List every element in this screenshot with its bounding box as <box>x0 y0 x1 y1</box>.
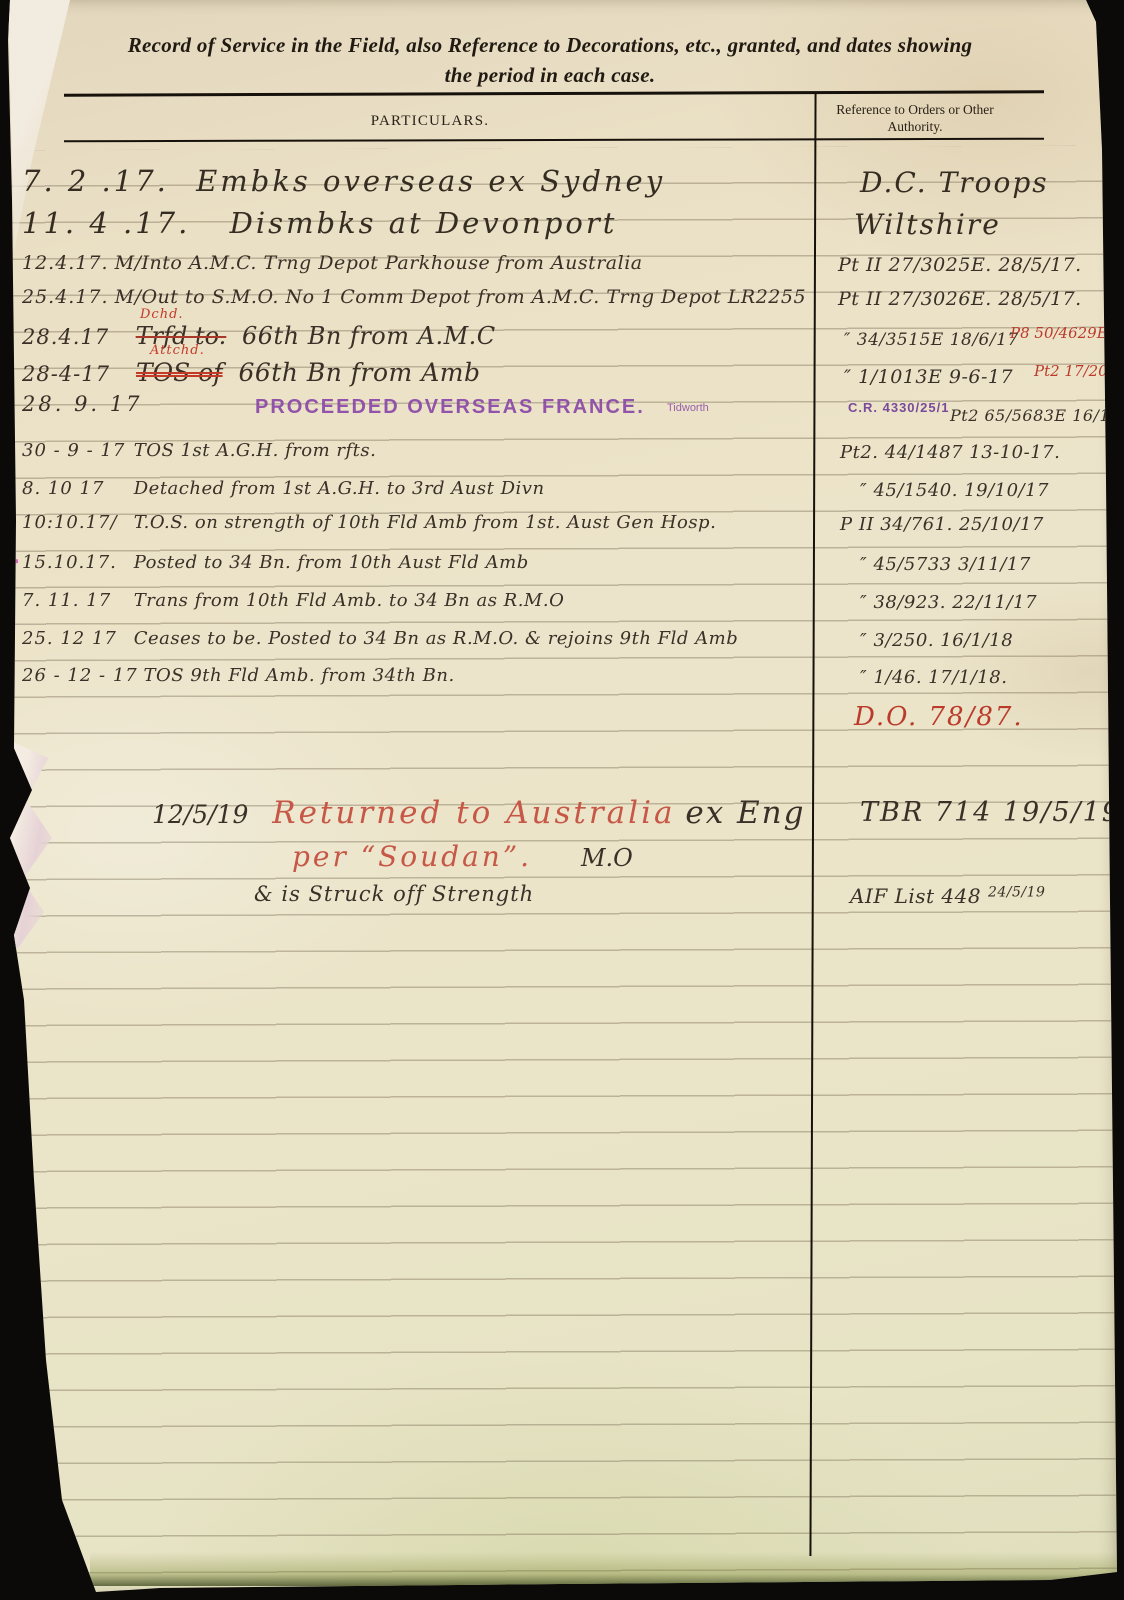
entry-date: 7. 11. 17 <box>22 590 128 611</box>
entry-text: 66th Bn from A.M.C <box>242 322 496 350</box>
entry-text: M/Out to S.M.O. No 1 Comm Depot from A.M… <box>115 286 806 308</box>
entry-text: Posted to 34 Bn. from 10th Aust Fld Amb <box>134 552 529 573</box>
footer-row-struck-off: & is Struck off Strength AIF List 448 24… <box>22 882 1118 906</box>
entry-text: 66th Bn from Amb <box>238 358 480 387</box>
entry-row: 10:10.17/ T.O.S. on strength of 10th Fld… <box>22 512 1118 533</box>
entry-ref: ″ 45/5733 3/11/17 <box>860 554 1031 575</box>
entry-ref-red: Pt2 17/2045E <box>1034 362 1124 380</box>
entry-date: 11. 4 .17. <box>22 206 190 240</box>
entry-ref: Wiltshire <box>854 208 1001 241</box>
entry-text: Embks overseas ex Sydney <box>196 164 665 198</box>
footer-row-ship: per “Soudan”. M.O <box>22 840 1118 873</box>
column-header-reference: Reference to Orders or Other Authority. <box>830 102 1000 136</box>
entry-row: 28. 9. 17 PROCEEDED OVERSEAS FRANCE. Tid… <box>22 392 1118 416</box>
entry-ref: ″ 38/923. 22/11/17 <box>860 592 1037 613</box>
entry-text: Trans from 10th Fld Amb. to 34 Bn as R.M… <box>134 590 565 611</box>
entry-ref: ″ 3/250. 16/1/18 <box>860 630 1013 651</box>
entry-text: Detached from 1st A.G.H. to 3rd Aust Div… <box>134 478 545 499</box>
pink-edge-mark <box>0 559 18 565</box>
entry-ref: D.C. Troops <box>860 166 1049 199</box>
entry-row: 8. 10 17 Detached from 1st A.G.H. to 3rd… <box>22 478 1118 499</box>
entry-date: 28. 9. 17 <box>22 392 143 416</box>
entry-row: 26 - 12 - 17 TOS 9th Fld Amb. from 34th … <box>22 665 1118 686</box>
entry-row: 30 - 9 - 17 TOS 1st A.G.H. from rfts. Pt… <box>22 440 1118 461</box>
entry-row: 15.10.17. Posted to 34 Bn. from 10th Aus… <box>22 552 1118 573</box>
entry-row: 12.4.17. M/Into A.M.C. Trng Depot Parkho… <box>22 252 1118 274</box>
entry-row: 7. 2 .17. Embks overseas ex Sydney D.C. … <box>22 164 1118 198</box>
footer-ref-aif: AIF List 448 24/5/19 <box>850 884 1045 908</box>
entry-ref: ″ 34/3515E 18/6/17 <box>844 330 1019 350</box>
entry-ref: ″ 1/46. 17/1/18. <box>860 667 1007 688</box>
footer-ex-eng: ex Eng <box>685 795 805 831</box>
entry-row: 25. 12 17 Ceases to be. Posted to 34 Bn … <box>22 628 1118 649</box>
column-header-particulars: PARTICULARS. <box>240 113 620 130</box>
entry-date: 12.4.17. <box>22 252 109 274</box>
entry-text: T.O.S. on strength of 10th Fld Amb from … <box>134 512 717 533</box>
entry-date: 7. 2 .17. <box>22 164 169 198</box>
entry-text: M/Into A.M.C. Trng Depot Parkhouse from … <box>115 252 643 274</box>
entry-date: 15.10.17. <box>22 552 128 573</box>
entry-row: 28-4-17 Attchd. TOS of 66th Bn from Amb … <box>22 358 1118 387</box>
footer-row-returned: 12/5/19 Returned to Australia ex Eng TBR… <box>22 795 1118 831</box>
document-page: Record of Service in the Field, also Ref… <box>0 0 1124 1600</box>
entry-date: 28.4.17 <box>22 325 128 349</box>
footer-ref-tbr: TBR 714 19/5/19. <box>860 797 1124 828</box>
entry-date: 25. 12 17 <box>22 628 128 649</box>
entry-date: 8. 10 17 <box>22 478 128 499</box>
entry-date: 10:10.17/ <box>22 512 128 533</box>
footer-date: 12/5/19 <box>152 800 248 829</box>
entry-date: 25.4.17. <box>22 286 109 308</box>
entry-date: 26 - 12 - 17 <box>22 665 138 686</box>
cr-number-stamp: C.R. 4330/25/1 <box>848 400 949 415</box>
title-line-2: the period in each case. <box>445 63 656 87</box>
entry-ref: ″ 1/1013E 9-6-17 <box>844 366 1013 388</box>
proceeded-overseas-stamp: PROCEEDED OVERSEAS FRANCE. <box>255 396 645 419</box>
footer-mo: M.O <box>581 844 633 872</box>
page-title: Record of Service in the Field, also Ref… <box>70 30 1030 91</box>
entry-ref: Pt2 65/5683E 16/10/17 <box>950 406 1124 425</box>
entry-ref: Pt II 27/3025E. 28/5/17. <box>838 254 1082 276</box>
entry-ref: Pt II 27/3026E. 28/5/17. <box>838 288 1082 310</box>
entry-text: Dismbks at Devonport <box>230 206 618 240</box>
entry-row: 7. 11. 17 Trans from 10th Fld Amb. to 34… <box>22 590 1118 611</box>
header-rule-bottom <box>64 138 1044 143</box>
title-line-1: Record of Service in the Field, also Ref… <box>128 33 973 57</box>
entry-ref: ″ 45/1540. 19/10/17 <box>860 480 1049 501</box>
entry-row: 11. 4 .17. Dismbks at Devonport Wiltshir… <box>22 206 1118 240</box>
footer-struck-off-text: & is Struck off Strength <box>254 882 534 906</box>
entry-text: TOS 9th Fld Amb. from 34th Bn. <box>144 665 455 686</box>
page-bottom-edge <box>90 1552 1118 1586</box>
entry-ref-red: P8 50/4629E 15/8/14 <box>1010 324 1124 342</box>
footer-ref-aif-date: 24/5/19 <box>988 885 1045 901</box>
header-rule-top <box>64 90 1044 96</box>
red-annotation: Dchd. <box>140 307 184 322</box>
do-number: D.O. 78/87. <box>854 702 1024 732</box>
entry-row: 25.4.17. M/Out to S.M.O. No 1 Comm Depot… <box>22 286 1118 308</box>
entry-date: 30 - 9 - 17 <box>22 440 128 461</box>
entry-ref: Pt2. 44/1487 13-10-17. <box>840 442 1060 463</box>
footer-returned-text: Returned to Australia <box>272 795 675 831</box>
entry-ref: P II 34/761. 25/10/17 <box>840 514 1044 535</box>
footer-ref-aif-list: AIF List 448 <box>850 884 981 908</box>
entry-date: 28-4-17 <box>22 362 128 386</box>
entry-text: TOS 1st A.G.H. from rfts. <box>134 440 377 461</box>
stamp-location: Tidworth <box>667 402 709 414</box>
entry-text: Ceases to be. Posted to 34 Bn as R.M.O. … <box>134 628 739 649</box>
scanned-service-record: { "colors": { "paper": "#eae0c5", "ink_b… <box>0 0 1124 1600</box>
footer-ship-text: per “Soudan”. <box>292 840 532 873</box>
red-annotation: Attchd. <box>150 343 205 358</box>
struck-text: TOS of <box>136 358 223 387</box>
